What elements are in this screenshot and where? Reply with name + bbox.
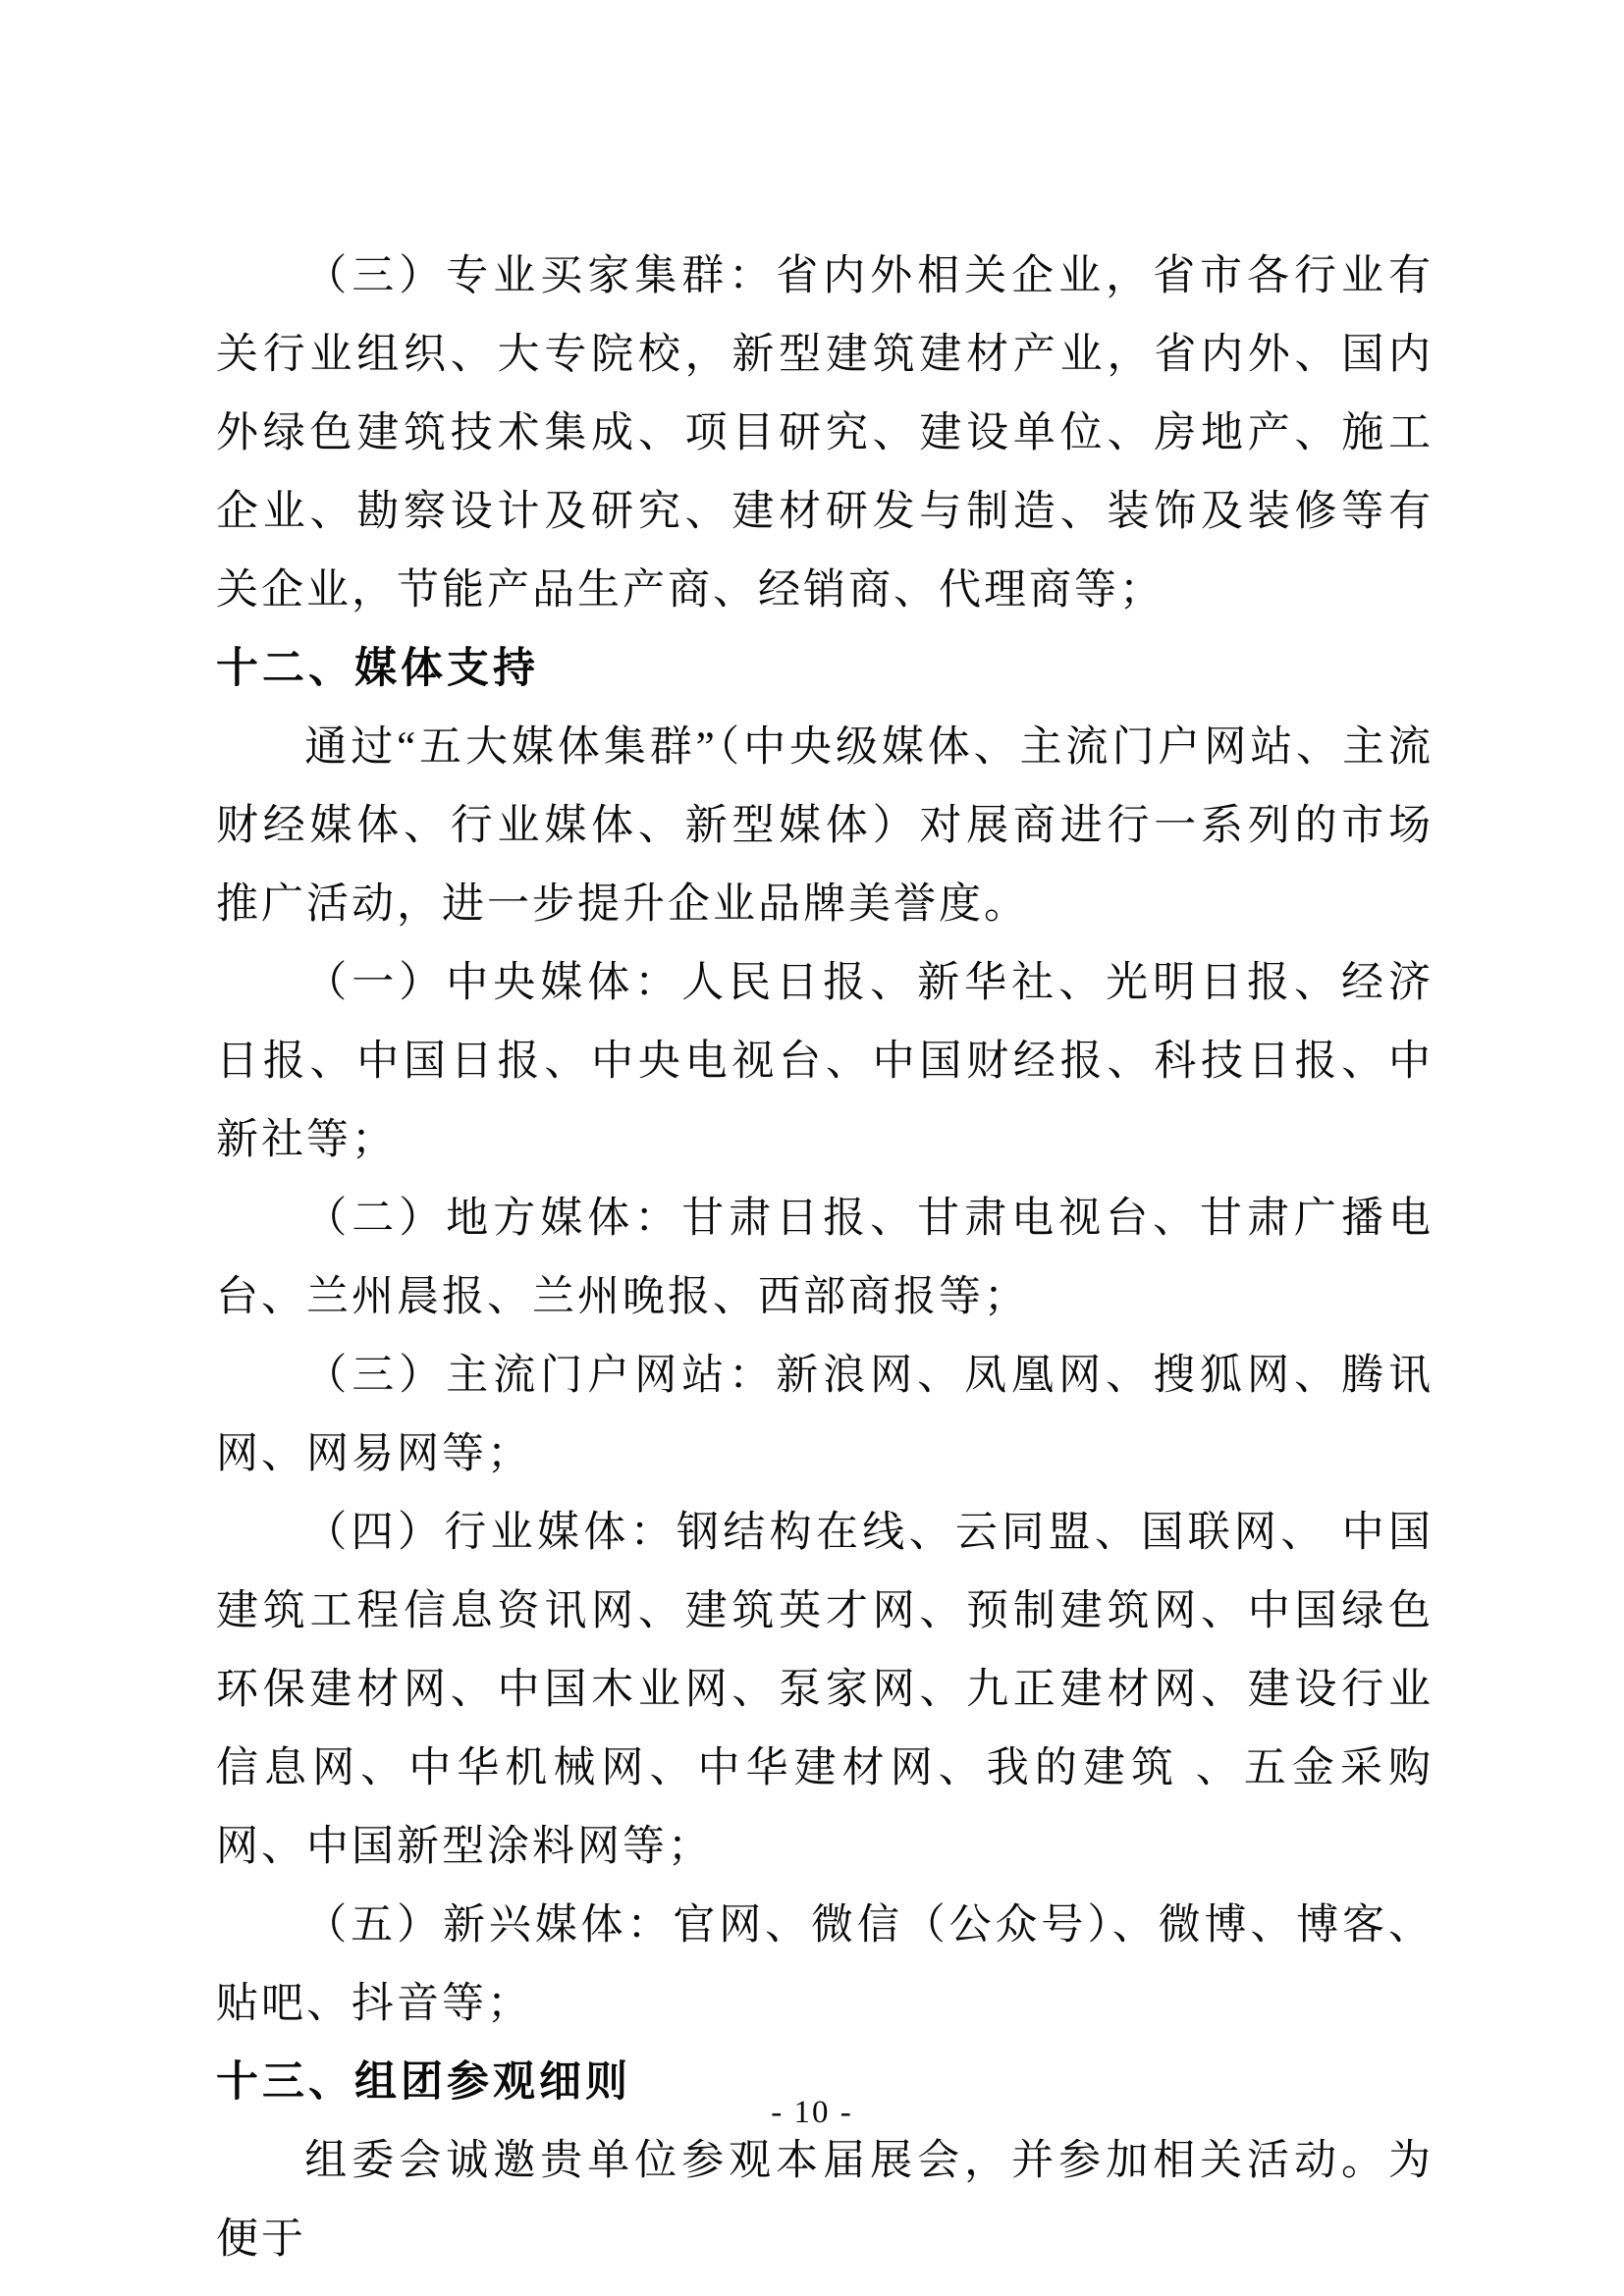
paragraph-local-media: （二）地方媒体：甘肃日报、甘肃电视台、甘肃广播电台、兰州晨报、兰州晚报、西部商报…: [216, 1180, 1434, 1337]
paragraph-visit-invitation: 组委会诚邀贵单位参观本届展会，并参加相关活动。为便于: [216, 2122, 1434, 2279]
paragraph-media-overview: 通过“五大媒体集群”（中央级媒体、主流门户网站、主流财经媒体、行业媒体、新型媒体…: [216, 709, 1434, 944]
paragraph-industry-media: （四）行业媒体：钢结构在线、云同盟、国联网、 中国建筑工程信息资讯网、建筑英才网…: [216, 1494, 1434, 1887]
page-number: - 10 -: [771, 2095, 852, 2130]
document-body: （三）专业买家集群：省内外相关企业，省市各行业有关行业组织、大专院校，新型建筑建…: [216, 238, 1434, 2279]
paragraph-portal-sites: （三）主流门户网站：新浪网、凤凰网、搜狐网、腾讯网、网易网等；: [216, 1337, 1434, 1494]
page-footer: - 10 -: [0, 2095, 1624, 2131]
section-heading-media-support: 十二、媒体支持: [216, 630, 1434, 709]
paragraph-professional-buyers: （三）专业买家集群：省内外相关企业，省市各行业有关行业组织、大专院校，新型建筑建…: [216, 238, 1434, 630]
paragraph-central-media: （一）中央媒体：人民日报、新华社、光明日报、经济日报、中国日报、中央电视台、中国…: [216, 944, 1434, 1180]
document-page: （三）专业买家集群：省内外相关企业，省市各行业有关行业组织、大专院校，新型建筑建…: [0, 0, 1624, 2296]
paragraph-new-media: （五）新兴媒体：官网、微信（公众号）、微博、博客、贴吧、抖音等；: [216, 1887, 1434, 2044]
